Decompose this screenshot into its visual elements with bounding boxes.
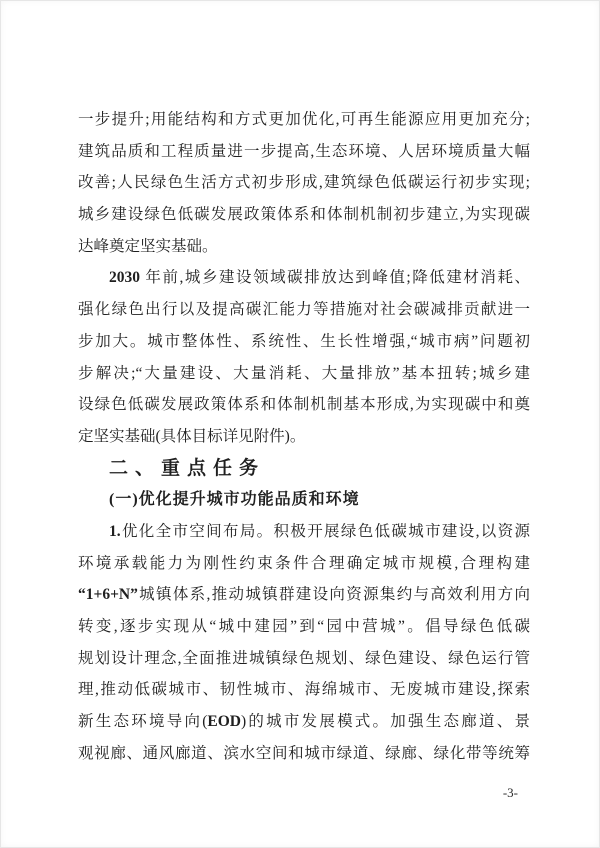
page-number: -3- bbox=[503, 785, 518, 801]
text-segment: 达峰奠定坚实基础。 bbox=[78, 238, 218, 255]
text-segment: 环境承载能力为刚性约束条件合理确定城市规模,合理构建 bbox=[78, 555, 530, 572]
body-text-line: 环境承载能力为刚性约束条件合理确定城市规模,合理构建 bbox=[78, 548, 530, 580]
text-segment: 新生态环境导向( bbox=[78, 713, 207, 730]
body-text-line: 新生态环境导向(EOD)的城市发展模式。加强生态廊道、景 bbox=[78, 706, 530, 738]
text-segment: 理,推动低碳城市、韧性城市、海绵城市、无废城市建设,探索 bbox=[78, 681, 530, 698]
text-segment: 城乡建设绿色低碳发展政策体系和体制机制初步建立,为实现碳 bbox=[78, 206, 530, 223]
section-heading: 二、重点任务 bbox=[78, 453, 530, 485]
document-page: 一步提升;用能结构和方式更加优化,可再生能源应用更加充分;建筑品质和工程质量进一… bbox=[0, 0, 600, 848]
text-segment: 转变,逐步实现从“城中建园”到“园中营城”。倡导绿色低碳 bbox=[78, 618, 530, 635]
text-segment: 优化全市空间布局。积极开展绿色低碳城市建设,以资源 bbox=[121, 523, 530, 540]
emphasized-text: “1+6+N” bbox=[78, 586, 138, 603]
body-text-line: “1+6+N”城镇体系,推动城镇群建设向资源集约与高效利用方向 bbox=[78, 579, 530, 611]
text-segment: 城镇体系,推动城镇群建设向资源集约与高效利用方向 bbox=[138, 586, 530, 603]
text-segment: 二、重点任务 bbox=[109, 458, 265, 479]
body-text-line: 强化绿色出行以及提高碳汇能力等措施对社会碳减排贡献进一 bbox=[78, 294, 530, 326]
text-segment: 规划设计理念,全面推进城镇绿色规划、绿色建设、绿色运行管 bbox=[78, 650, 530, 667]
text-segment: (一)优化提升城市功能品质和环境 bbox=[109, 491, 360, 508]
text-segment: 设绿色低碳发展政策体系和体制机制基本形成,为实现碳中和奠 bbox=[78, 396, 530, 413]
text-segment: 步加大。城市整体性、系统性、生长性增强,“城市病”问题初 bbox=[78, 333, 530, 350]
body-text-line: 步解决;“大量建设、大量消耗、大量排放”基本扭转;城乡建 bbox=[78, 358, 530, 390]
text-segment: 观视廊、通风廊道、滨水空间和城市绿道、绿廊、绿化带等统筹 bbox=[78, 745, 530, 762]
body-text-line: 设绿色低碳发展政策体系和体制机制基本形成,为实现碳中和奠 bbox=[78, 389, 530, 421]
body-text-line: 改善;人民绿色生活方式初步形成,建筑绿色低碳运行初步实现; bbox=[78, 167, 530, 199]
subsection-heading: (一)优化提升城市功能品质和环境 bbox=[78, 484, 530, 516]
text-segment: 强化绿色出行以及提高碳汇能力等措施对社会碳减排贡献进一 bbox=[78, 301, 530, 318]
body-text-line: 理,推动低碳城市、韧性城市、海绵城市、无废城市建设,探索 bbox=[78, 674, 530, 706]
body-text-line: 步加大。城市整体性、系统性、生长性增强,“城市病”问题初 bbox=[78, 326, 530, 358]
emphasized-text: 1. bbox=[109, 523, 121, 540]
text-segment: 一步提升;用能结构和方式更加优化,可再生能源应用更加充分; bbox=[78, 111, 530, 128]
body-text-line: 一步提升;用能结构和方式更加优化,可再生能源应用更加充分; bbox=[78, 104, 530, 136]
body-text-line: 城乡建设绿色低碳发展政策体系和体制机制初步建立,为实现碳 bbox=[78, 199, 530, 231]
emphasized-text: 2030 bbox=[109, 269, 140, 286]
text-segment: 步解决;“大量建设、大量消耗、大量排放”基本扭转;城乡建 bbox=[78, 365, 530, 382]
text-segment: 建筑品质和工程质量进一步提高,生态环境、人居环境质量大幅 bbox=[78, 143, 530, 160]
body-text-line: 观视廊、通风廊道、滨水空间和城市绿道、绿廊、绿化带等统筹 bbox=[78, 738, 530, 770]
body-text-line: 建筑品质和工程质量进一步提高,生态环境、人居环境质量大幅 bbox=[78, 136, 530, 168]
text-segment: 定坚实基础(具体目标详见附件)。 bbox=[78, 428, 305, 445]
body-text-line: 转变,逐步实现从“城中建园”到“园中营城”。倡导绿色低碳 bbox=[78, 611, 530, 643]
body-text-line: 定坚实基础(具体目标详见附件)。 bbox=[78, 421, 530, 453]
body-text-line: 规划设计理念,全面推进城镇绿色规划、绿色建设、绿色运行管 bbox=[78, 643, 530, 675]
text-segment: 改善;人民绿色生活方式初步形成,建筑绿色低碳运行初步实现; bbox=[78, 174, 530, 191]
body-text-line: 达峰奠定坚实基础。 bbox=[78, 231, 530, 263]
body-text-line: 1.优化全市空间布局。积极开展绿色低碳城市建设,以资源 bbox=[78, 516, 530, 548]
body-text-line: 2030 年前,城乡建设领域碳排放达到峰值;降低建材消耗、 bbox=[78, 262, 530, 294]
text-segment: 年前,城乡建设领域碳排放达到峰值;降低建材消耗、 bbox=[140, 269, 530, 286]
emphasized-text: EOD bbox=[207, 713, 241, 730]
document-body-text: 一步提升;用能结构和方式更加优化,可再生能源应用更加充分;建筑品质和工程质量进一… bbox=[78, 104, 530, 769]
text-segment: )的城市发展模式。加强生态廊道、景 bbox=[241, 713, 530, 730]
